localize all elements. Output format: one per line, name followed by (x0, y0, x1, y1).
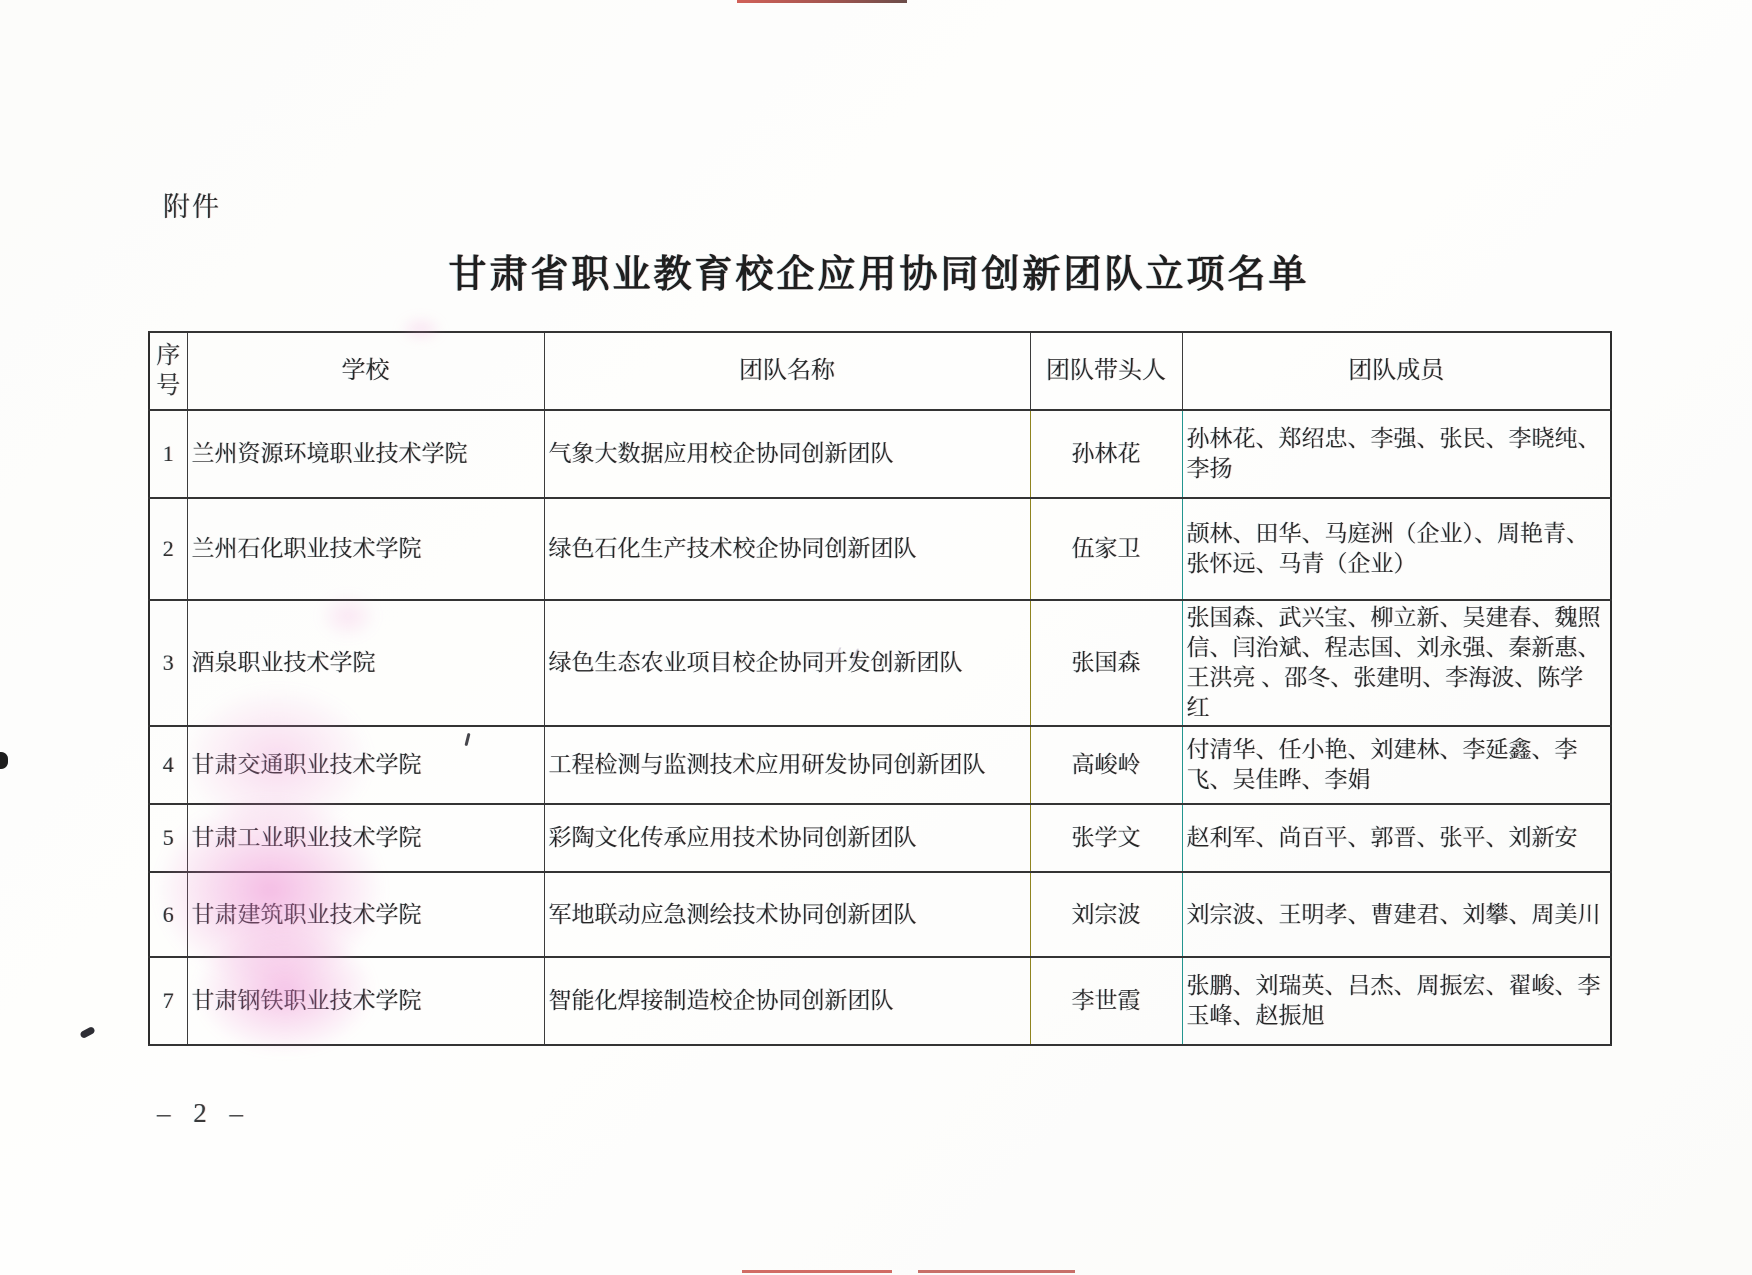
team-members-cell: 刘宗波、王明孝、曹建君、刘攀、周美川 (1182, 872, 1611, 957)
table-row: 4 甘肃交通职业技术学院 工程检测与监测技术应用研发协同创新团队 高峻岭 付清华… (149, 726, 1611, 804)
page-number: – 2 – (157, 1098, 251, 1129)
scan-edge-artifact-bottom (918, 1270, 1075, 1273)
pen-fleck-mark (79, 1026, 96, 1039)
school-cell: 酒泉职业技术学院 (187, 600, 544, 726)
team-name-cell: 军地联动应急测绘技术协同创新团队 (544, 872, 1030, 957)
school-cell: 甘肃交通职业技术学院 (187, 726, 544, 804)
serial-cell: 1 (149, 410, 187, 498)
serial-cell: 6 (149, 872, 187, 957)
header-school: 学校 (187, 332, 544, 410)
scanned-document-page: 附件 甘肃省职业教育校企应用协同创新团队立项名单 序号 学校 团队名称 团队带头… (0, 0, 1752, 1275)
serial-cell: 4 (149, 726, 187, 804)
team-name-cell: 智能化焊接制造校企协同创新团队 (544, 957, 1030, 1045)
team-members-cell: 孙林花、郑绍忠、李强、张民、李晓纯、李扬 (1182, 410, 1611, 498)
header-team-members: 团队成员 (1182, 332, 1611, 410)
team-leader-cell: 孙林花 (1030, 410, 1182, 498)
table-row: 7 甘肃钢铁职业技术学院 智能化焊接制造校企协同创新团队 李世霞 张鹏、刘瑞英、… (149, 957, 1611, 1045)
scan-edge-artifact-top (737, 0, 907, 3)
table-row: 3 酒泉职业技术学院 绿色生态农业项目校企协同开发创新团队 张国森 张国森、武兴… (149, 600, 1611, 726)
team-name-cell: 绿色石化生产技术校企协同创新团队 (544, 498, 1030, 600)
school-cell: 兰州资源环境职业技术学院 (187, 410, 544, 498)
team-leader-cell: 张国森 (1030, 600, 1182, 726)
team-name-cell: 气象大数据应用校企协同创新团队 (544, 410, 1030, 498)
table-row: 6 甘肃建筑职业技术学院 军地联动应急测绘技术协同创新团队 刘宗波 刘宗波、王明… (149, 872, 1611, 957)
attachment-label: 附件 (163, 185, 221, 224)
scan-edge-artifact-bottom (742, 1270, 892, 1273)
serial-cell: 5 (149, 804, 187, 872)
team-name-cell: 工程检测与监测技术应用研发协同创新团队 (544, 726, 1030, 804)
team-leader-cell: 张学文 (1030, 804, 1182, 872)
header-serial-number: 序号 (149, 332, 187, 410)
team-name-cell: 彩陶文化传承应用技术协同创新团队 (544, 804, 1030, 872)
team-leader-cell: 伍家卫 (1030, 498, 1182, 600)
table-row: 5 甘肃工业职业技术学院 彩陶文化传承应用技术协同创新团队 张学文 赵利军、尚百… (149, 804, 1611, 872)
team-name-cell: 绿色生态农业项目校企协同开发创新团队 (544, 600, 1030, 726)
team-members-cell: 颉林、田华、马庭洲（企业）、周艳青、张怀远、马青（企业） (1182, 498, 1611, 600)
school-cell: 兰州石化职业技术学院 (187, 498, 544, 600)
school-cell: 甘肃建筑职业技术学院 (187, 872, 544, 957)
serial-cell: 2 (149, 498, 187, 600)
team-members-cell: 付清华、任小艳、刘建林、李延鑫、李飞、吴佳晔、李娟 (1182, 726, 1611, 804)
table-row: 2 兰州石化职业技术学院 绿色石化生产技术校企协同创新团队 伍家卫 颉林、田华、… (149, 498, 1611, 600)
team-members-cell: 张鹏、刘瑞英、吕杰、周振宏、翟峻、李玉峰、赵振旭 (1182, 957, 1611, 1045)
table-header-row: 序号 学校 团队名称 团队带头人 团队成员 (149, 332, 1611, 410)
team-members-cell: 张国森、武兴宝、柳立新、吴建春、魏照信、闫治斌、程志国、刘永强、秦新惠、王洪亮 … (1182, 600, 1611, 726)
team-leader-cell: 李世霞 (1030, 957, 1182, 1045)
serial-cell: 7 (149, 957, 187, 1045)
header-team-name: 团队名称 (544, 332, 1030, 410)
school-cell: 甘肃钢铁职业技术学院 (187, 957, 544, 1045)
scan-edge-mark (0, 752, 8, 769)
serial-cell: 3 (149, 600, 187, 726)
table-row: 1 兰州资源环境职业技术学院 气象大数据应用校企协同创新团队 孙林花 孙林花、郑… (149, 410, 1611, 498)
project-list-table: 序号 学校 团队名称 团队带头人 团队成员 1 兰州资源环境职业技术学院 气象大… (148, 331, 1612, 1046)
document-title: 甘肃省职业教育校企应用协同创新团队立项名单 (148, 243, 1610, 298)
team-members-cell: 赵利军、尚百平、郭晋、张平、刘新安 (1182, 804, 1611, 872)
header-team-leader: 团队带头人 (1030, 332, 1182, 410)
team-leader-cell: 刘宗波 (1030, 872, 1182, 957)
team-leader-cell: 高峻岭 (1030, 726, 1182, 804)
school-cell: 甘肃工业职业技术学院 (187, 804, 544, 872)
